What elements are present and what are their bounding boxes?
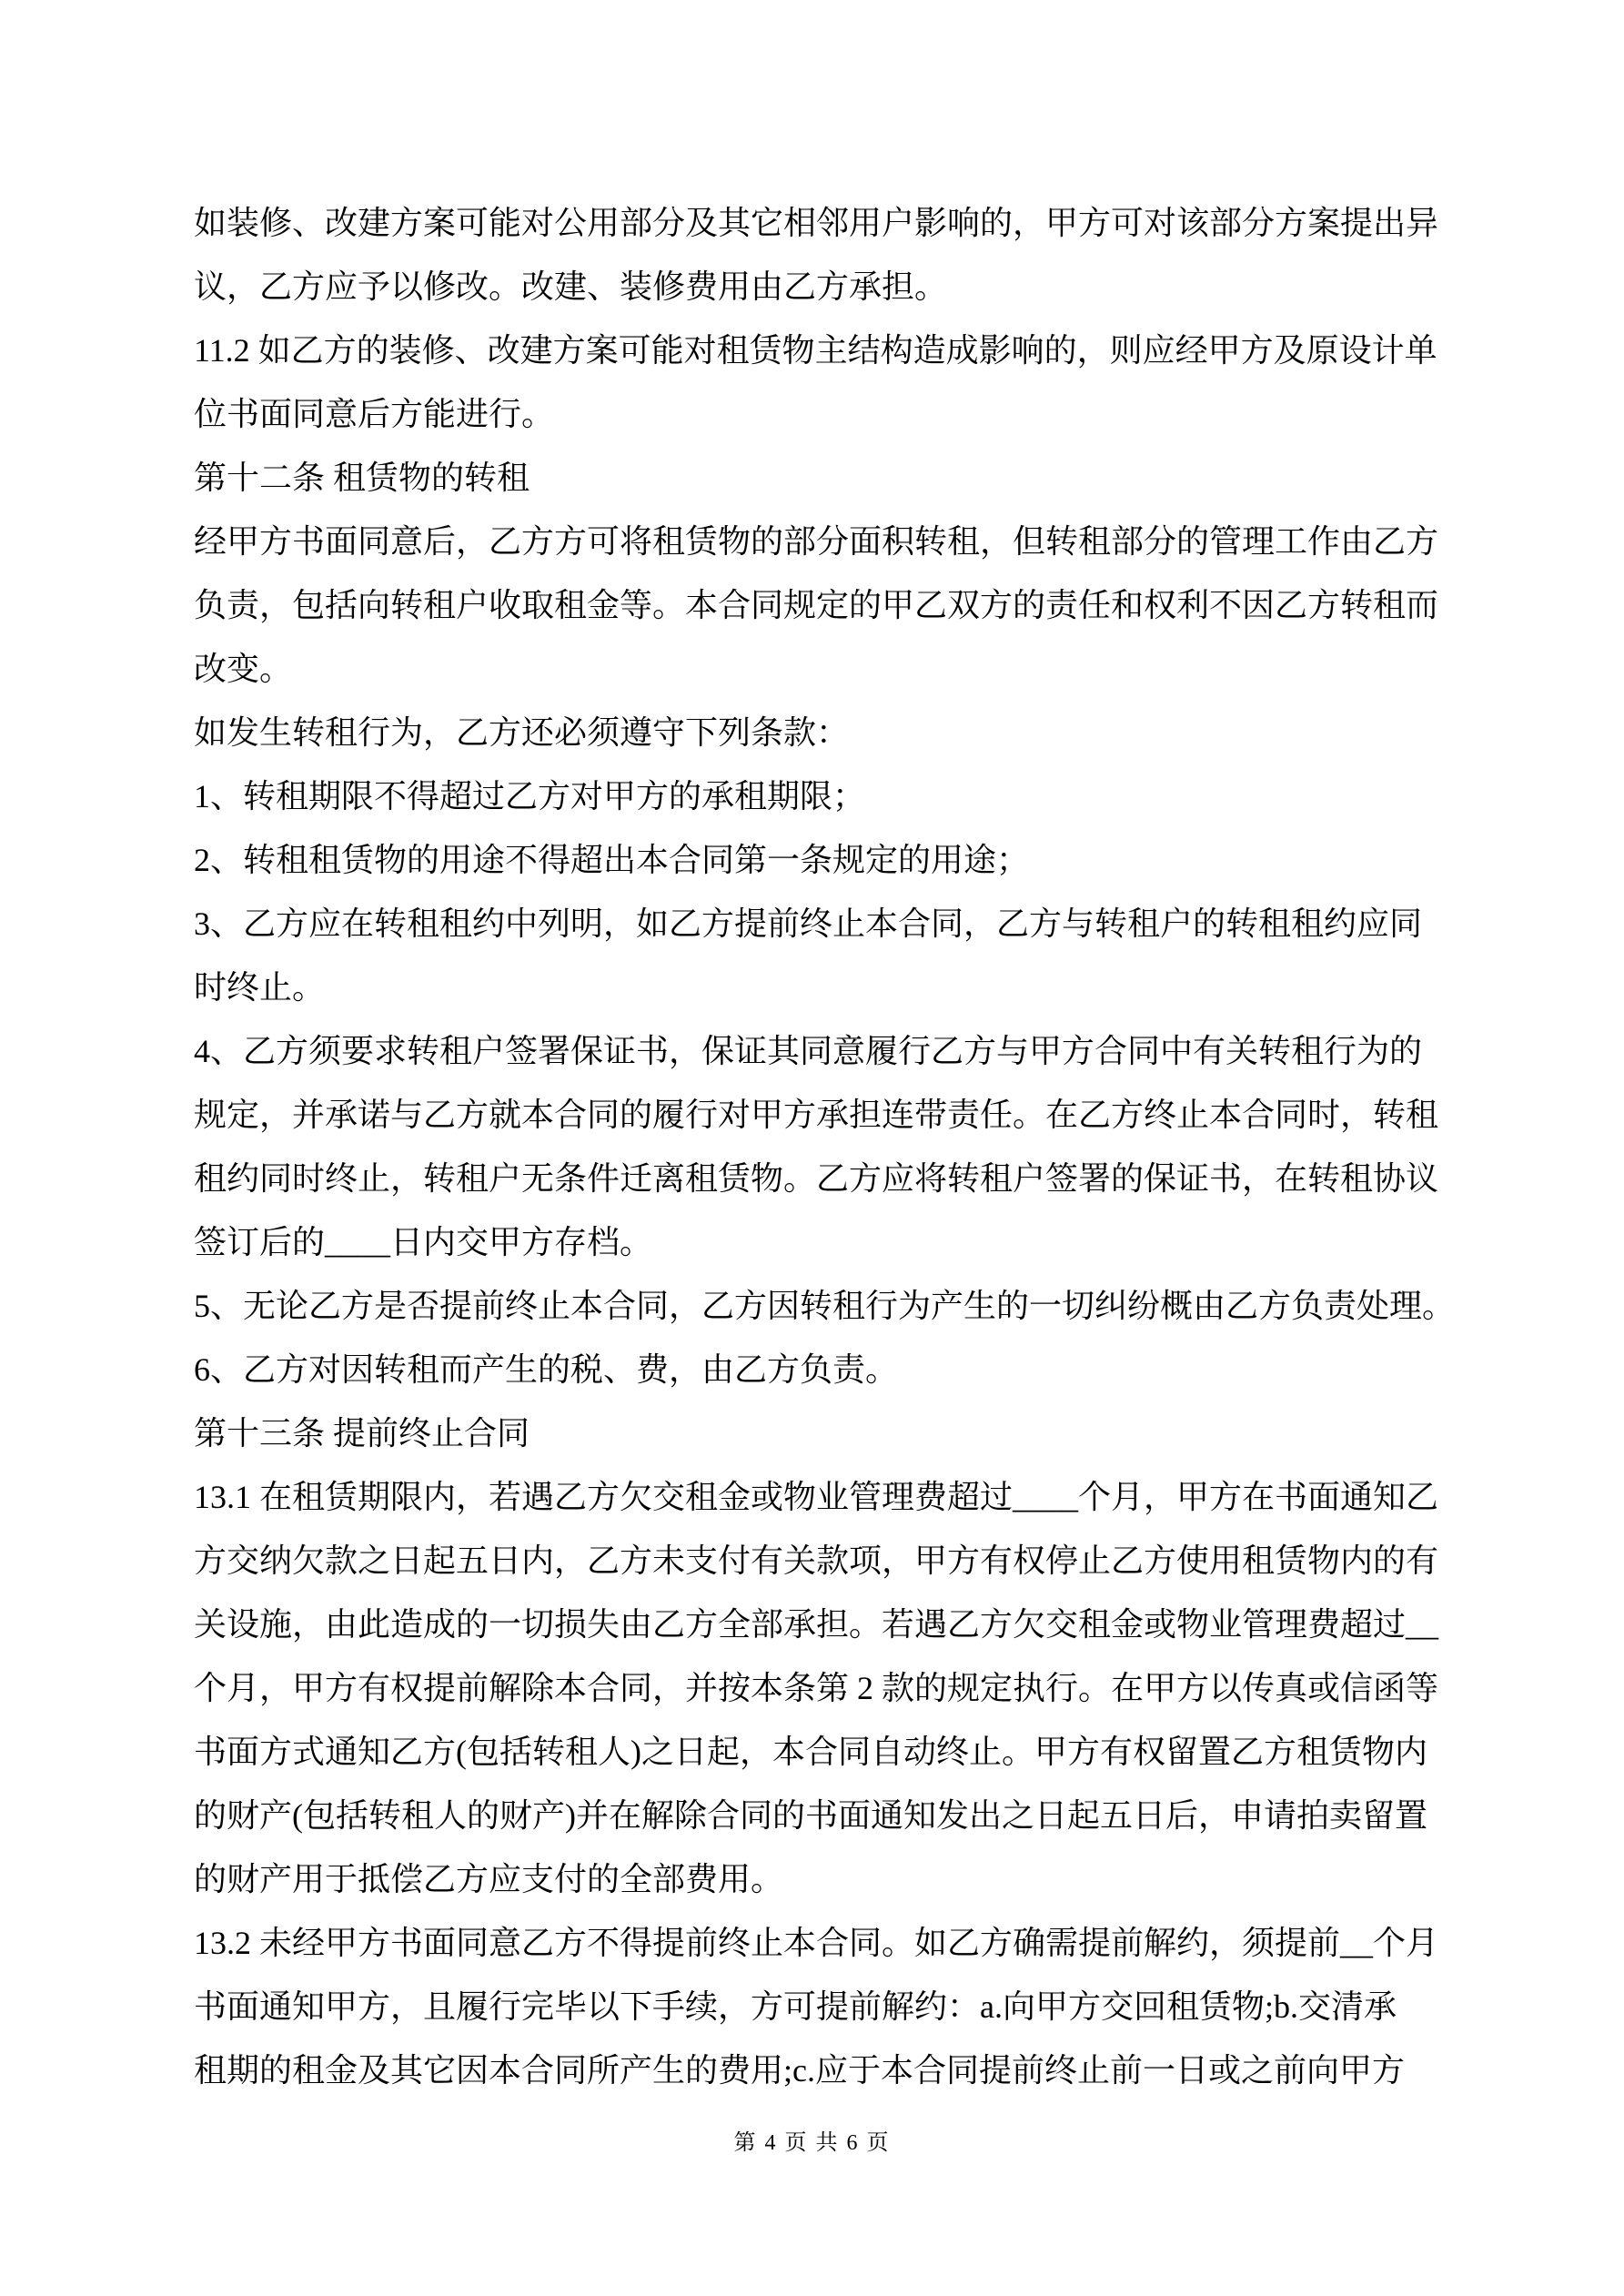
contract-line: 负责，包括向转租户收取租金等。本合同规定的甲乙双方的责任和权利不因乙方转租而 <box>194 573 1449 637</box>
contract-line: 个月，甲方有权提前解除本合同，并按本条第 2 款的规定执行。在甲方以传真或信函等 <box>194 1656 1449 1720</box>
clause-13-1: 13.1 在租赁期限内，若遇乙方欠交租金或物业管理费超过____个月，甲方在书面… <box>194 1465 1449 1529</box>
contract-line: 如装修、改建方案可能对公用部分及其它相邻用户影响的，甲方可对该部分方案提出异 <box>194 191 1449 255</box>
contract-line: 位书面同意后方能进行。 <box>194 382 1449 446</box>
contract-line: 书面方式通知乙方(包括转租人)之日起，本合同自动终止。甲方有权留置乙方租赁物内 <box>194 1720 1449 1784</box>
contract-line: 议，乙方应予以修改。改建、装修费用由乙方承担。 <box>194 255 1449 319</box>
contract-line: 规定，并承诺与乙方就本合同的履行对甲方承担连带责任。在乙方终止本合同时，转租 <box>194 1083 1449 1147</box>
clause-11-2: 11.2 如乙方的装修、改建方案可能对租赁物主结构造成影响的，则应经甲方及原设计… <box>194 319 1449 382</box>
subclause-5: 5、无论乙方是否提前终止本合同，乙方因转租行为产生的一切纠纷概由乙方负责处理。 <box>194 1274 1449 1338</box>
contract-page: 如装修、改建方案可能对公用部分及其它相邻用户影响的，甲方可对该部分方案提出异 议… <box>0 0 1624 2296</box>
subclause-1: 1、转租期限不得超过乙方对甲方的承租期限； <box>194 764 1449 828</box>
page-number: 第 4 页 共 6 页 <box>734 2131 891 2155</box>
section-heading-article-13: 第十三条 提前终止合同 <box>194 1401 1449 1465</box>
subclause-4: 4、乙方须要求转租户签署保证书，保证其同意履行乙方与甲方合同中有关转租行为的 <box>194 1019 1449 1083</box>
contract-line: 时终止。 <box>194 956 1449 1019</box>
subclause-3: 3、乙方应在转租租约中列明，如乙方提前终止本合同，乙方与转租户的转租租约应同 <box>194 892 1449 956</box>
contract-line: 经甲方书面同意后，乙方方可将租赁物的部分面积转租，但转租部分的管理工作由乙方 <box>194 510 1449 573</box>
contract-line: 书面通知甲方，且履行完毕以下手续，方可提前解约：a.向甲方交回租赁物;b.交清承 <box>194 1975 1449 2038</box>
contract-line: 租约同时终止，转租户无条件迁离租赁物。乙方应将转租户签署的保证书，在转租协议 <box>194 1147 1449 1210</box>
contract-body: 如装修、改建方案可能对公用部分及其它相邻用户影响的，甲方可对该部分方案提出异 议… <box>194 191 1449 2102</box>
contract-line: 方交纳欠款之日起五日内，乙方未支付有关款项，甲方有权停止乙方使用租赁物内的有 <box>194 1529 1449 1593</box>
page-footer: 第 4 页 共 6 页 <box>0 2121 1624 2165</box>
contract-line: 的财产(包括转租人的财产)并在解除合同的书面通知发出之日起五日后，申请拍卖留置 <box>194 1784 1449 1847</box>
contract-line: 如发生转租行为，乙方还必须遵守下列条款： <box>194 701 1449 764</box>
clause-13-2: 13.2 未经甲方书面同意乙方不得提前终止本合同。如乙方确需提前解约，须提前__… <box>194 1911 1449 1975</box>
contract-line: 的财产用于抵偿乙方应支付的全部费用。 <box>194 1847 1449 1911</box>
contract-line: 改变。 <box>194 637 1449 701</box>
contract-line: 关设施，由此造成的一切损失由乙方全部承担。若遇乙方欠交租金或物业管理费超过__ <box>194 1593 1449 1656</box>
contract-line-blank-days: 签订后的____日内交甲方存档。 <box>194 1210 1449 1274</box>
subclause-2: 2、转租租赁物的用途不得超出本合同第一条规定的用途； <box>194 828 1449 892</box>
subclause-6: 6、乙方对因转租而产生的税、费，由乙方负责。 <box>194 1338 1449 1401</box>
contract-line: 租期的租金及其它因本合同所产生的费用;c.应于本合同提前终止前一日或之前向甲方 <box>194 2038 1449 2102</box>
section-heading-article-12: 第十二条 租赁物的转租 <box>194 446 1449 510</box>
